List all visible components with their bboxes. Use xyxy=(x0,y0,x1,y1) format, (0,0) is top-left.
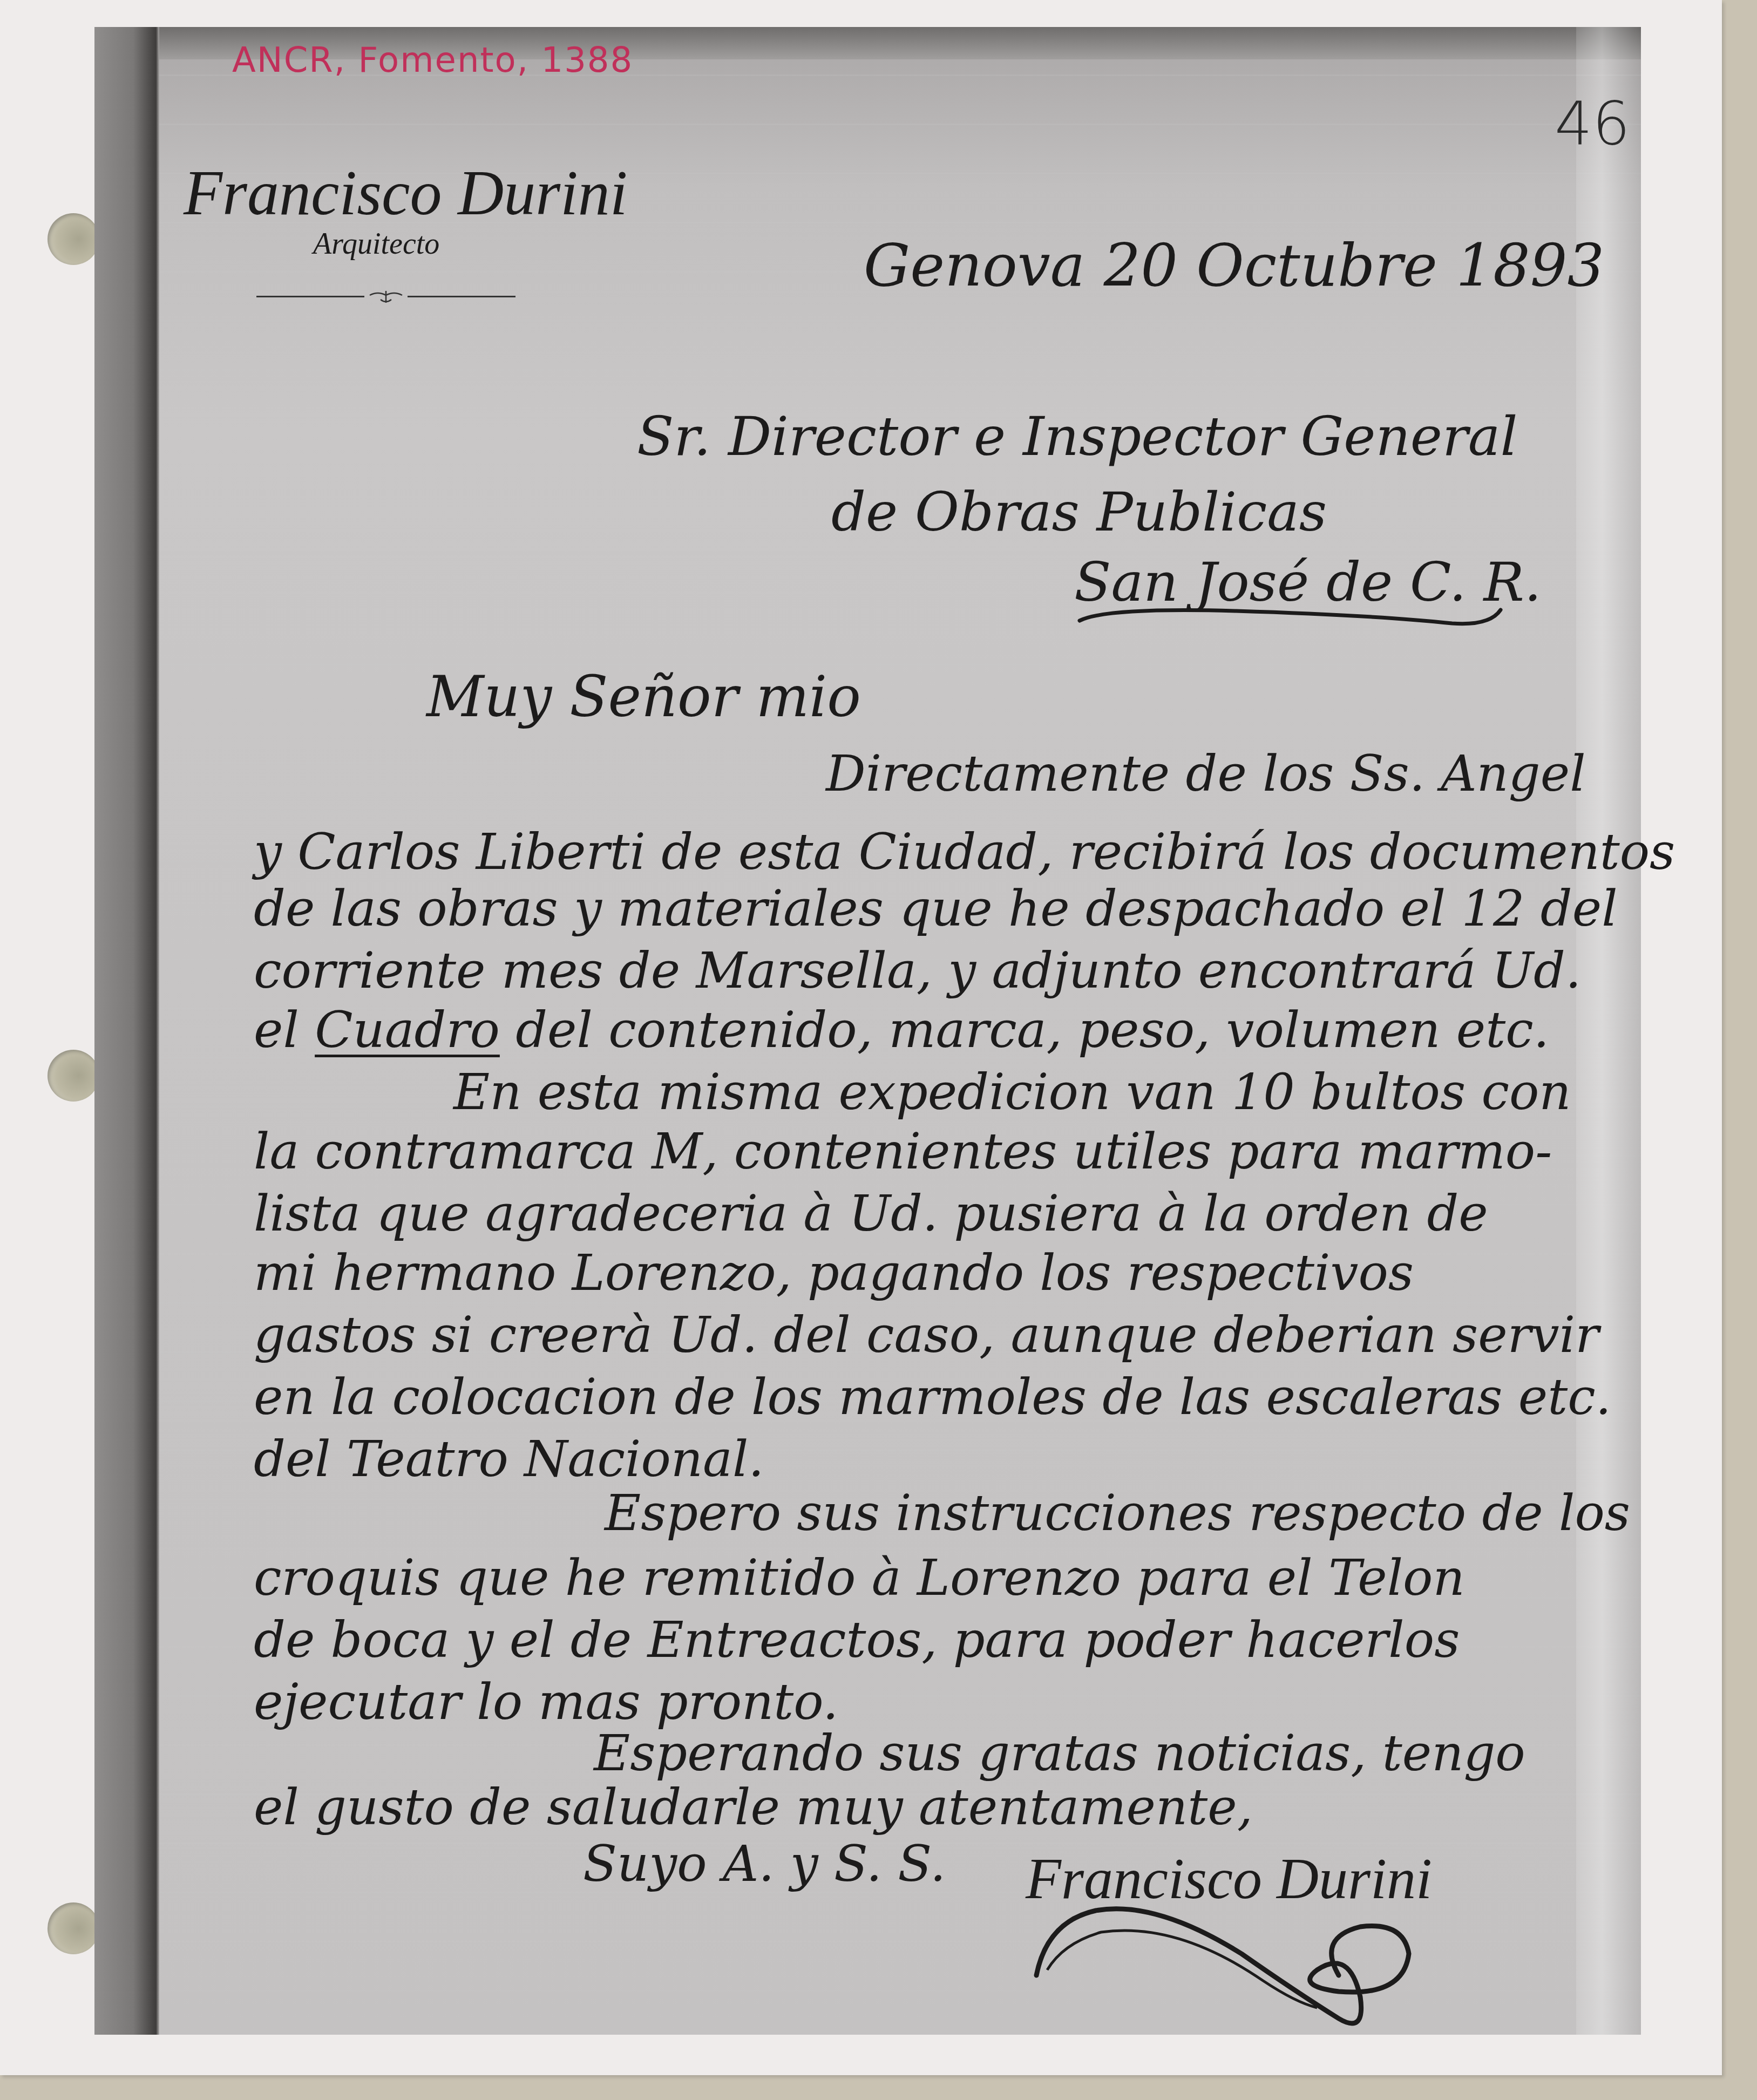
printout-paper: ANCR, Fomento, 1388 46 Francisco Durini … xyxy=(0,0,1722,2075)
body-line-13: Espero sus instrucciones respecto de los xyxy=(605,1484,1630,1542)
binder-hole-bottom xyxy=(48,1902,99,1954)
body-line-7: la contramarca M, contenientes utiles pa… xyxy=(254,1123,1552,1180)
body-line-17: Esperando sus gratas noticias, tengo xyxy=(594,1724,1525,1782)
binder-hole-top xyxy=(48,213,99,265)
addressee-line-1: Sr. Director e Inspector General xyxy=(637,405,1517,468)
body-line-15: de boca y el de Entreactos, para poder h… xyxy=(254,1611,1460,1669)
body-line-4: corriente mes de Marsella, y adjunto enc… xyxy=(254,942,1581,1000)
body-line-16: ejecutar lo mas pronto. xyxy=(254,1673,838,1731)
photocopy-right-edge xyxy=(1576,27,1641,2035)
body-line-6: En esta misma expedicion van 10 bultos c… xyxy=(453,1063,1571,1121)
signature-flourish-icon xyxy=(1015,1889,1457,2051)
body-line-5-suffix: del contenido, marca, peso, volumen etc. xyxy=(500,1001,1549,1059)
body-line-11: en la colocacion de los marmoles de las … xyxy=(254,1368,1611,1426)
body-line-18: el gusto de saludarle muy atentamente, xyxy=(254,1778,1253,1836)
cuadro-word: Cuadro xyxy=(315,1001,500,1059)
letterhead-ornament-icon xyxy=(256,289,515,305)
letterhead-name: Francisco Durini xyxy=(184,157,628,230)
body-line-5-prefix: el xyxy=(254,1001,315,1059)
body-line-8: lista que agradeceria à Ud. pusiera à la… xyxy=(254,1185,1488,1242)
body-line-2: y Carlos Liberti de esta Ciudad, recibir… xyxy=(254,823,1675,881)
date-line: Genova 20 Octubre 1893 xyxy=(864,232,1604,300)
body-line-3: de las obras y materiales que he despach… xyxy=(254,880,1618,937)
salutation: Muy Señor mio xyxy=(426,664,861,730)
binder-hole-middle xyxy=(48,1050,99,1102)
addressee-underline-flourish xyxy=(1074,604,1506,626)
letterhead-title: Arquitecto xyxy=(313,227,439,261)
valediction: Suyo A. y S. S. xyxy=(583,1835,946,1893)
archive-stamp: ANCR, Fomento, 1388 xyxy=(232,40,633,80)
photocopy-left-edge xyxy=(94,27,159,2035)
page-number: 46 xyxy=(1555,89,1630,158)
body-line-10: gastos si creerà Ud. del caso, aunque de… xyxy=(254,1306,1599,1364)
body-line-12: del Teatro Nacional. xyxy=(254,1430,764,1488)
addressee-line-2: de Obras Publicas xyxy=(831,480,1327,543)
body-line-5: el Cuadro del contenido, marca, peso, vo… xyxy=(254,1001,1549,1059)
body-line-1: Directamente de los Ss. Angel xyxy=(826,745,1586,803)
body-line-9: mi hermano Lorenzo, pagando los respecti… xyxy=(254,1244,1414,1302)
body-line-14: croquis que he remitido à Lorenzo para e… xyxy=(254,1549,1465,1607)
